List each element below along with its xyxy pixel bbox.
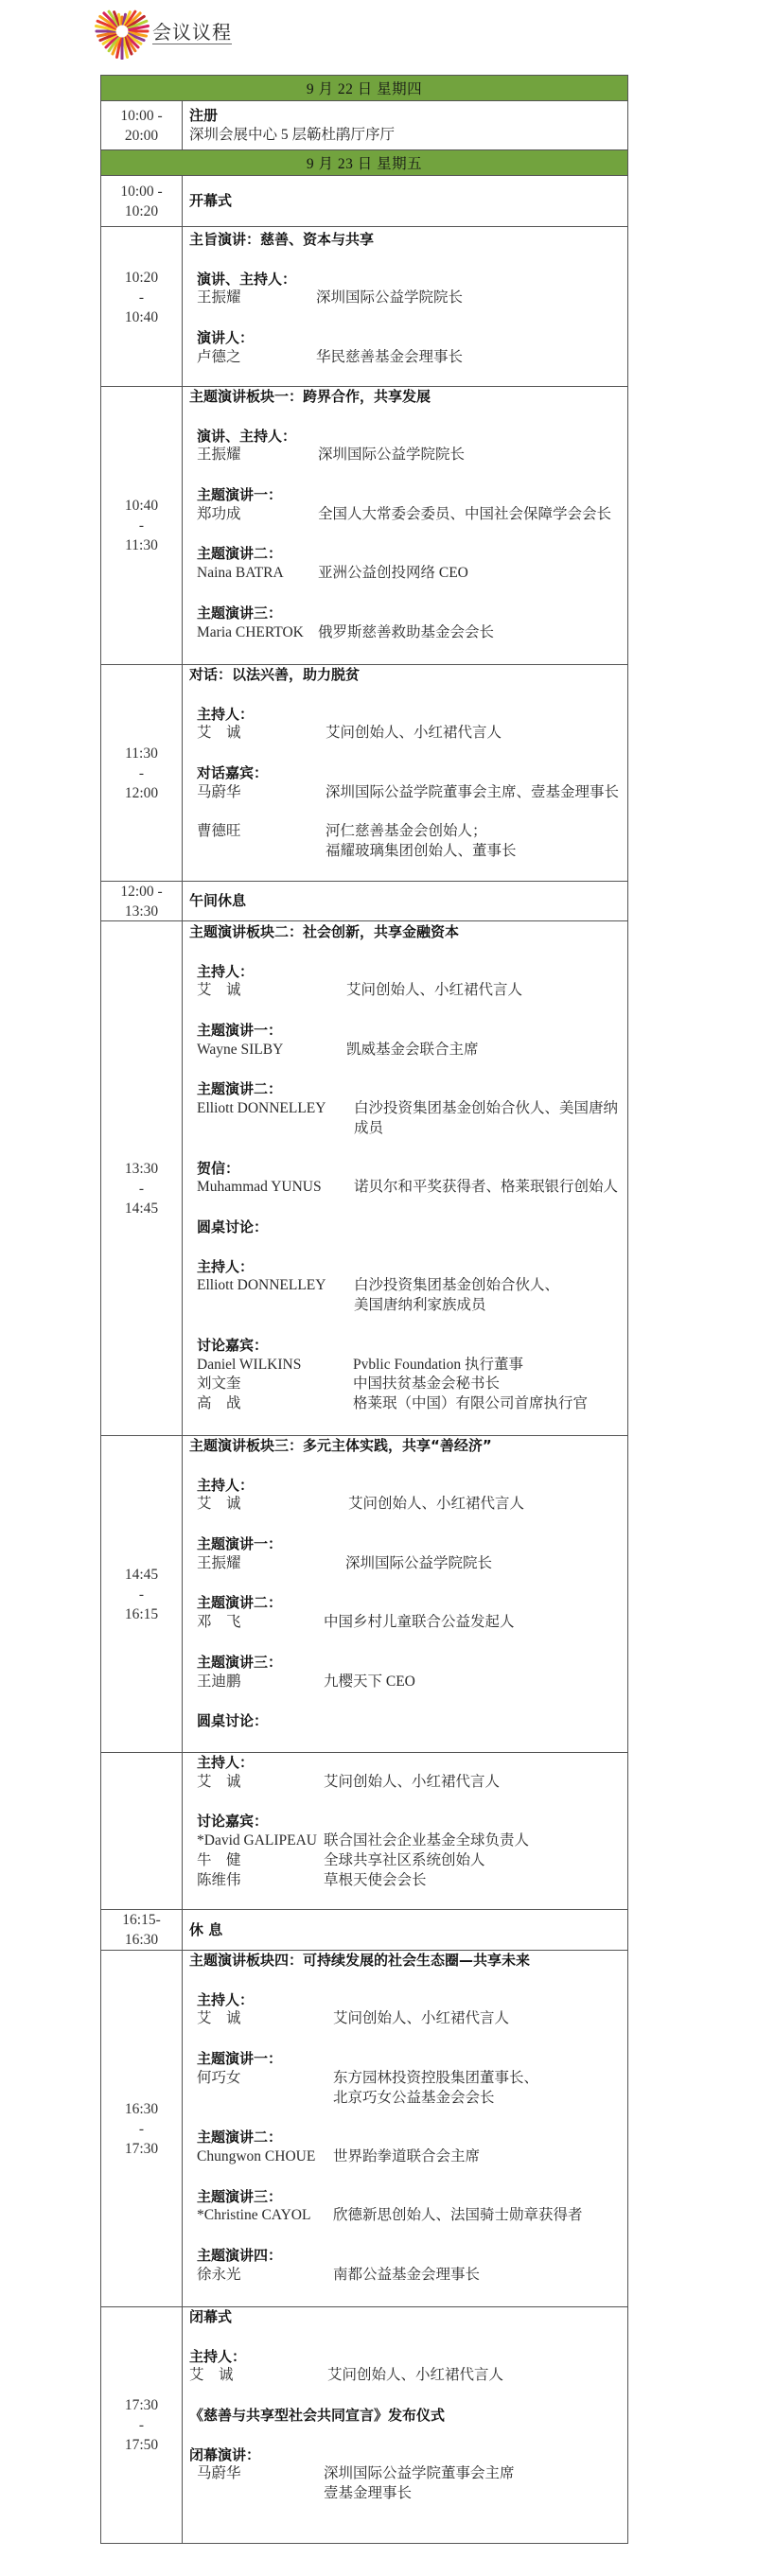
time-start: 10:00 - [120,182,162,202]
person-role-continued: 成员 [189,1119,627,1139]
agenda-row-lunch: 12:00 - 13:30 午间休息 [101,881,627,920]
person-role-continued: 北京巧女公益基金会会长 [189,2089,627,2109]
time-dash: - [139,763,144,783]
spacer [189,1316,627,1336]
group-label: 讨论嘉宾： [189,1812,627,1831]
group-label: 主持人： [189,1990,627,2010]
person-entry: *David GALIPEAU联合国社会企业基金全球负责人 [189,1831,627,1851]
person-entry: Maria CHERTOK俄罗斯慈善救助基金会会长 [189,623,627,643]
person-role: 联合国社会企业基金全球负责人 [324,1831,529,1851]
time-end: 10:40 [125,307,158,327]
spacer [189,308,627,328]
spacer [189,2029,627,2049]
spacer [189,407,627,427]
person-role: 深圳国际公益学院院长 [345,1554,492,1574]
person-role: 中国乡村儿童联合公益发起人 [324,1613,515,1633]
group-label: 主题演讲三： [189,2187,627,2207]
person-name: Maria CHERTOK [197,623,304,643]
spacer [189,1515,627,1534]
person-role: 福耀玻璃集团创始人、董事长 [326,842,517,862]
person-entry: 王振耀深圳国际公益学院院长 [189,446,627,465]
content-cell: 主旨演讲：慈善、资本与共享 演讲、主持人： 王振耀深圳国际公益学院院长 演讲人：… [183,227,627,386]
person-role: 华民慈善基金会理事长 [316,348,463,368]
person-name: Wayne SILBY [197,1041,283,1060]
agenda-row-panel-2: 13:30 - 14:45 主题演讲板块二：社会创新，共享金融资本 主持人： 艾… [101,920,627,1435]
group-label: 闭幕演讲： [189,2445,627,2465]
person-entry: 卢德之华民慈善基金会理事长 [189,348,627,368]
person-role: 艾问创始人、小红裙代言人 [346,981,522,1001]
person-entry: 王振耀深圳国际公益学院院长 [189,289,627,308]
session-title: 主题演讲板块三：多元主体实践，共享“善经济” [189,1436,627,1456]
person-name: Naina BATRA [197,564,284,584]
content-cell: 注册 深圳会展中心 5 层簕杜鹃厅序厅 [183,101,627,149]
person-role: 草根天使会会长 [324,1871,427,1891]
person-entry: 艾 诚艾问创始人、小红裙代言人 [189,724,627,744]
person-role-continued: 美国唐纳利家族成员 [189,1296,627,1316]
spacer [189,1456,627,1476]
person-role: 深圳国际公益学院院长 [318,446,465,465]
time-start: 11:30 [125,744,158,763]
person-name: Muhammad YUNUS [197,1178,322,1198]
person-entry: 艾 诚艾问创始人、小红裙代言人 [189,1773,627,1793]
person-role: 白沙投资集团基金创始合伙人、美国唐纳 [354,1099,618,1119]
content-cell: 主题演讲板块一：跨界合作，共享发展 演讲、主持人： 王振耀深圳国际公益学院院长 … [183,387,627,664]
person-role: 艾问创始人、小红裙代言人 [348,1495,524,1515]
person-name: Elliott DONNELLEY [197,1099,326,1119]
day-label: 9 月 22 日 星期四 [307,78,422,98]
spacer [189,1139,627,1159]
person-name: 艾 诚 [197,724,241,744]
person-role: 东方园林投资控股集团董事长、 [333,2069,538,2089]
spacer [189,2327,627,2347]
person-role: 北京巧女公益基金会会长 [333,2089,495,2109]
spacer [189,2386,627,2406]
spacer [189,1060,627,1080]
group-label: 主题演讲一： [189,1534,627,1554]
spacer [189,250,627,270]
person-role: 深圳国际公益学院董事会主席 [324,2464,515,2484]
time-start: 10:00 - [120,106,162,126]
person-name: 艾 诚 [197,1773,241,1793]
group-label: 演讲、主持人： [189,427,627,447]
person-name: 曹德旺 [197,822,241,842]
spacer [189,744,627,763]
content-cell: 开幕式 [183,176,627,226]
group-label: 主持人： [189,1476,627,1496]
group-label: 主题演讲三： [189,1653,627,1673]
session-title: 主题演讲板块四：可持续发展的社会生态圈—共享未来 [189,1951,627,1971]
session-title: 主题演讲板块二：社会创新，共享金融资本 [189,922,627,942]
person-name: 牛 健 [197,1851,241,1871]
person-name: Chungwon CHOUE [197,2147,315,2167]
agenda-row-keynote: 10:20 - 10:40 主旨演讲：慈善、资本与共享 演讲、主持人： 王振耀深… [101,226,627,386]
time-dash: - [139,2119,144,2139]
session-title: 主旨演讲：慈善、资本与共享 [189,230,627,250]
time-end: 16:30 [125,1930,158,1950]
person-name: 王振耀 [197,446,241,465]
agenda-row-opening: 10:00 - 10:20 开幕式 [101,175,627,226]
group-label: 主持人： [189,2347,627,2367]
group-label: 主题演讲二： [189,544,627,564]
person-name: *Christine CAYOL [197,2206,310,2226]
person-role: 凯威基金会联合主席 [346,1041,479,1060]
group-label: 主题演讲二： [189,2128,627,2147]
group-label: 演讲、主持人： [189,270,627,289]
person-name: Daniel WILKINS [197,1356,301,1376]
person-entry: 刘文奎中国扶贫基金会秘书长 [189,1375,627,1394]
person-role: 白沙投资集团基金创始合伙人、 [354,1276,559,1296]
spacer [189,685,627,705]
group-label: 主题演讲四： [189,2246,627,2266]
person-entry: Muhammad YUNUS诺贝尔和平奖获得者、格莱珉银行创始人 [189,1178,627,1198]
spacer [189,1574,627,1594]
time-cell: 10:00 - 10:20 [101,176,183,226]
agenda-row-break: 16:15- 16:30 休 息 [101,1909,627,1950]
person-role: 成员 [354,1119,383,1139]
spacer [189,2167,627,2187]
time-cell: 16:30 - 17:30 [101,1951,183,2306]
day-header: 9 月 22 日 星期四 [101,75,627,100]
time-end: 16:15 [125,1604,158,1624]
person-entry: 艾 诚艾问创始人、小红裙代言人 [189,2366,627,2386]
person-name: 郑功成 [197,505,241,525]
person-role: 格莱珉（中国）有限公司首席执行官 [353,1394,588,1414]
time-dash: - [139,1179,144,1199]
session-title: 开幕式 [189,191,627,211]
agenda-row-dialogue: 11:30 - 12:00 对话：以法兴善，助力脱贫 主持人： 艾 诚艾问创始人… [101,664,627,881]
spacer [189,1793,627,1813]
time-dash: - [139,1585,144,1604]
person-role: 深圳国际公益学院院长 [316,289,463,308]
group-label: 主题演讲二： [189,1593,627,1613]
time-start: 13:30 [125,1159,158,1179]
person-role-continued: 福耀玻璃集团创始人、董事长 [189,842,627,862]
agenda-row-closing: 17:30 - 17:50 闭幕式 主持人： 艾 诚艾问创始人、小红裙代言人 《… [101,2306,627,2543]
person-name: 邓 飞 [197,1613,241,1633]
content-cell: 主题演讲板块四：可持续发展的社会生态圈—共享未来 主持人： 艾 诚艾问创始人、小… [183,1951,627,2306]
time-cell: 17:30 - 17:50 [101,2307,183,2543]
person-name: 马蔚华 [197,2464,241,2484]
time-cell: 10:40 - 11:30 [101,387,183,664]
spacer [189,2426,627,2445]
person-role: 九樱天下 CEO [324,1673,415,1692]
person-entry: 牛 健全球共享社区系统创始人 [189,1851,627,1871]
person-entry: Elliott DONNELLEY白沙投资集团基金创始合伙人、 [189,1276,627,1296]
session-location: 深圳会展中心 5 层簕杜鹃厅序厅 [189,126,627,146]
person-entry: 陈维伟草根天使会会长 [189,1871,627,1891]
time-cell: 11:30 - 12:00 [101,665,183,881]
group-label: 主题演讲二： [189,1079,627,1099]
group-label: 主持人： [189,705,627,725]
spacer [189,1237,627,1257]
group-label: 演讲人： [189,328,627,348]
spacer [189,1691,627,1711]
time-dash: - [139,2415,144,2435]
group-label: 主题演讲三： [189,604,627,623]
person-entry: 艾 诚艾问创始人、小红裙代言人 [189,2009,627,2029]
group-label: 主持人： [189,1753,627,1773]
person-name: 王迪鹏 [197,1673,241,1692]
person-entry: 艾 诚艾问创始人、小红裙代言人 [189,1495,627,1515]
person-entry: 马蔚华深圳国际公益学院董事会主席 [189,2464,627,2484]
person-role: 南都公益基金会理事长 [333,2266,480,2286]
person-role: 美国唐纳利家族成员 [354,1296,486,1316]
group-label: 圆桌讨论： [189,1711,627,1731]
person-role: 世界跆拳道联合会主席 [333,2147,480,2167]
person-name: 马蔚华 [197,783,241,803]
group-label: 贺信： [189,1159,627,1179]
person-role: 俄罗斯慈善救助基金会会长 [318,623,494,643]
person-entry: 马蔚华深圳国际公益学院董事会主席、壹基金理事长 [189,783,627,803]
person-entry: 何巧女东方园林投资控股集团董事长、 [189,2069,627,2089]
person-role: 河仁慈善基金会创始人； [326,822,487,842]
time-cell: 13:30 - 14:45 [101,921,183,1435]
time-end: 13:30 [125,902,158,921]
person-role: Pvblic Foundation 执行董事 [353,1356,523,1376]
group-label: 主题演讲一： [189,2049,627,2069]
person-entry: 艾 诚艾问创始人、小红裙代言人 [189,981,627,1001]
person-role: 全国人大常委会委员、中国社会保障学会会长 [318,505,611,525]
spacer [189,803,627,823]
time-cell: 16:15- 16:30 [101,1910,183,1950]
time-start: 10:20 [125,268,158,288]
person-name: 陈维伟 [197,1871,241,1891]
spacer [189,525,627,545]
time-cell [101,1753,183,1909]
time-end: 20:00 [125,126,158,146]
time-cell: 14:45 - 16:15 [101,1436,183,1752]
time-end: 17:30 [125,2139,158,2159]
group-label: 主持人： [189,1257,627,1277]
spacer [189,584,627,604]
person-name: 艾 诚 [197,981,241,1001]
content-cell: 闭幕式 主持人： 艾 诚艾问创始人、小红裙代言人 《慈善与共享型社会共同宣言》发… [183,2307,627,2543]
spacer [189,1971,627,1990]
session-title: 闭幕式 [189,2307,627,2327]
content-cell: 主题演讲板块三：多元主体实践，共享“善经济” 主持人： 艾 诚艾问创始人、小红裙… [183,1436,627,1752]
time-end: 17:50 [125,2435,158,2455]
time-cell: 12:00 - 13:30 [101,882,183,920]
time-start: 16:30 [125,2099,158,2119]
person-name: 艾 诚 [197,2009,241,2029]
person-role: 艾问创始人、小红裙代言人 [333,2009,509,2029]
spacer [189,2226,627,2246]
session-title: 对话：以法兴善，助力脱贫 [189,665,627,685]
person-name: Elliott DONNELLEY [197,1276,326,1296]
person-entry: Chungwon CHOUE世界跆拳道联合会主席 [189,2147,627,2167]
session-title: 注册 [189,106,627,126]
person-entry: 郑功成全国人大常委会委员、中国社会保障学会会长 [189,505,627,525]
day-label: 9 月 23 日 星期五 [307,152,422,173]
spacer [189,2108,627,2128]
person-entry: Daniel WILKINSPvblic Foundation 执行董事 [189,1356,627,1376]
person-name: 王振耀 [197,289,241,308]
agenda-row-panel-3-roundtable: 主持人： 艾 诚艾问创始人、小红裙代言人 讨论嘉宾： *David GALIPE… [101,1752,627,1909]
time-start: 10:40 [125,496,158,516]
content-cell: 午间休息 [183,882,627,920]
time-start: 12:00 - [120,882,162,902]
person-role: 诺贝尔和平奖获得者、格莱珉银行创始人 [354,1178,618,1198]
person-role: 壹基金理事长 [324,2484,412,2504]
agenda-row-panel-4: 16:30 - 17:30 主题演讲板块四：可持续发展的社会生态圈—共享未来 主… [101,1950,627,2306]
person-role: 艾问创始人、小红裙代言人 [326,724,502,744]
person-role-continued: 壹基金理事长 [189,2484,627,2504]
session-title: 休 息 [189,1920,627,1940]
group-label: 圆桌讨论： [189,1218,627,1237]
spacer [189,1198,627,1218]
person-entry: Naina BATRA亚洲公益创投网络 CEO [189,564,627,584]
time-start: 14:45 [125,1565,158,1585]
person-entry: 王迪鹏九樱天下 CEO [189,1673,627,1692]
person-entry: Elliott DONNELLEY白沙投资集团基金创始合伙人、美国唐纳 [189,1099,627,1119]
spacer [189,942,627,962]
person-name: 艾 诚 [197,1495,241,1515]
person-name: *David GALIPEAU [197,1831,317,1851]
person-entry: 曹德旺河仁慈善基金会创始人； [189,822,627,842]
person-role: 艾问创始人、小红裙代言人 [324,1773,500,1793]
person-role: 艾问创始人、小红裙代言人 [327,2366,503,2386]
session-title: 主题演讲板块一：跨界合作，共享发展 [189,387,627,407]
group-label: 主题演讲一： [189,485,627,505]
group-label: 对话嘉宾： [189,763,627,783]
spacer [189,465,627,485]
agenda-row-panel-3: 14:45 - 16:15 主题演讲板块三：多元主体实践，共享“善经济” 主持人… [101,1435,627,1752]
person-role: 中国扶贫基金会秘书长 [353,1375,500,1394]
time-cell: 10:00 - 20:00 [101,101,183,149]
time-dash: - [139,288,144,307]
group-label: 主题演讲一： [189,1021,627,1041]
day-header: 9 月 23 日 星期五 [101,149,627,175]
person-name: 刘文奎 [197,1375,241,1394]
time-end: 12:00 [125,783,158,803]
person-name: 何巧女 [197,2069,241,2089]
person-entry: 高 战格莱珉（中国）有限公司首席执行官 [189,1394,627,1414]
person-role: 全球共享社区系统创始人 [324,1851,485,1871]
group-label: 主持人： [189,962,627,982]
spacer [189,1001,627,1021]
person-name: 徐永光 [197,2266,241,2286]
time-end: 14:45 [125,1199,158,1218]
time-start: 17:30 [125,2395,158,2415]
time-end: 10:20 [125,202,158,221]
time-dash: - [139,516,144,535]
content-cell: 休 息 [183,1910,627,1950]
agenda-table: 9 月 22 日 星期四 10:00 - 20:00 注册 深圳会展中心 5 层… [100,75,628,2544]
time-cell: 10:20 - 10:40 [101,227,183,386]
time-end: 11:30 [125,535,158,555]
spacer [189,1633,627,1653]
person-role: 亚洲公益创投网络 CEO [318,564,468,584]
time-start: 16:15- [122,1910,160,1930]
person-entry: *Christine CAYOL欣德新思创始人、法国骑士勋章获得者 [189,2206,627,2226]
person-name: 高 战 [197,1394,241,1414]
content-cell: 对话：以法兴善，助力脱贫 主持人： 艾 诚艾问创始人、小红裙代言人 对话嘉宾： … [183,665,627,881]
agenda-row-panel-1: 10:40 - 11:30 主题演讲板块一：跨界合作，共享发展 演讲、主持人： … [101,386,627,664]
sunburst-heart-logo-icon [93,9,150,60]
person-entry: Wayne SILBY凯威基金会联合主席 [189,1041,627,1060]
session-title: 午间休息 [189,891,627,911]
person-entry: 王振耀深圳国际公益学院院长 [189,1554,627,1574]
person-name: 卢德之 [197,348,241,368]
content-cell: 主题演讲板块二：社会创新，共享金融资本 主持人： 艾 诚艾问创始人、小红裙代言人… [183,921,627,1435]
person-name: 王振耀 [197,1554,241,1574]
person-role: 深圳国际公益学院董事会主席、壹基金理事长 [326,783,619,803]
group-label: 讨论嘉宾： [189,1336,627,1356]
page-title: 会议议程 [152,22,232,44]
agenda-row-registration: 10:00 - 20:00 注册 深圳会展中心 5 层簕杜鹃厅序厅 [101,100,627,149]
person-entry: 邓 飞中国乡村儿童联合公益发起人 [189,1613,627,1633]
content-cell: 主持人： 艾 诚艾问创始人、小红裙代言人 讨论嘉宾： *David GALIPE… [183,1753,627,1909]
person-name: 艾 诚 [189,2366,234,2386]
person-entry: 徐永光南都公益基金会理事长 [189,2266,627,2286]
person-role: 欣德新思创始人、法国骑士勋章获得者 [333,2206,583,2226]
declaration-ceremony-title: 《慈善与共享型社会共同宣言》发布仪式 [189,2406,627,2426]
